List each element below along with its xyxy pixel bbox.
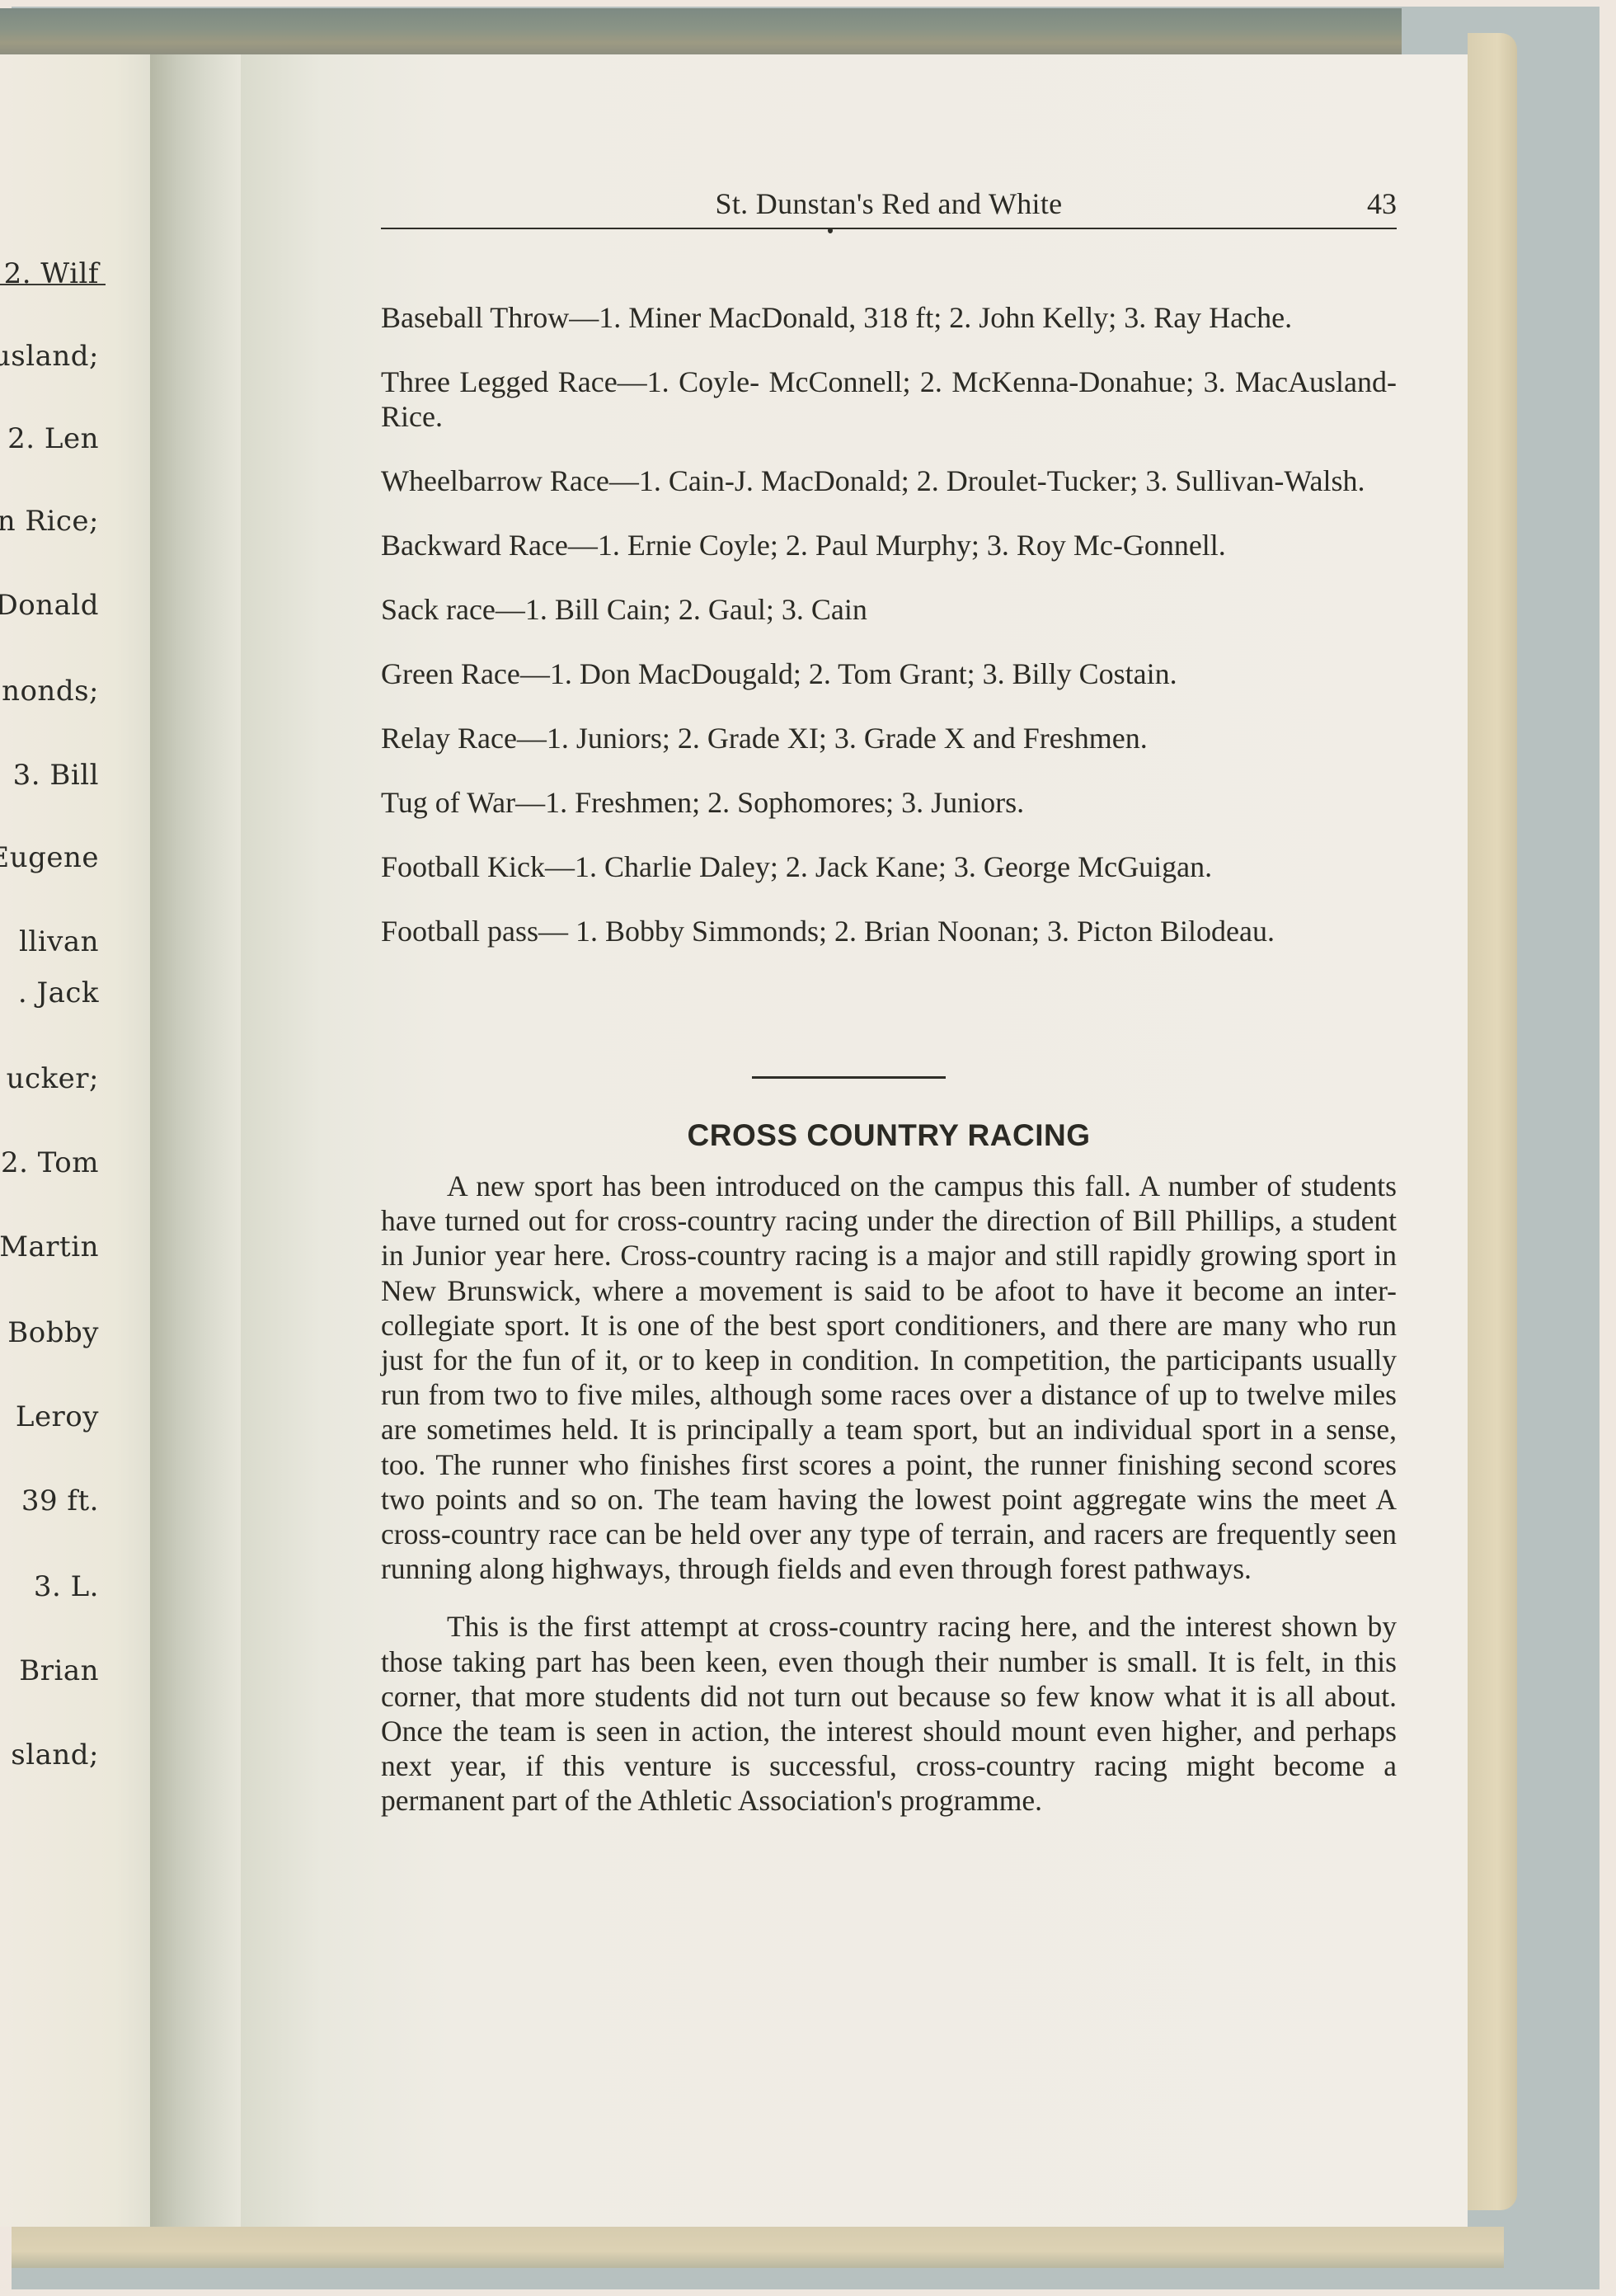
facing-page-fragment: Eugene xyxy=(0,841,99,874)
result-wheelbarrow-race: Wheelbarrow Race—1. Cain-J. MacDonald; 2… xyxy=(381,463,1397,498)
result-tug-of-war: Tug of War—1. Freshmen; 2. Sophomores; 3… xyxy=(381,785,1397,820)
facing-page-fragment: 3. L. xyxy=(34,1570,99,1603)
result-football-pass: Football pass— 1. Bobby Simmonds; 2. Bri… xyxy=(381,914,1397,948)
article-title: CROSS COUNTRY RACING xyxy=(381,1118,1397,1153)
result-sack-race: Sack race—1. Bill Cain; 2. Gaul; 3. Cain xyxy=(381,592,1397,627)
result-baseball-throw: Baseball Throw—1. Miner MacDonald, 318 f… xyxy=(381,300,1397,335)
facing-page-fragment: 3. Bill xyxy=(13,759,99,792)
result-football-kick: Football Kick—1. Charlie Daley; 2. Jack … xyxy=(381,849,1397,884)
article-paragraph-2: This is the first attempt at cross-count… xyxy=(381,1609,1397,1818)
article-body: A new sport has been introduced on the c… xyxy=(381,1169,1397,1842)
facing-page-fragment: Bobby xyxy=(7,1316,99,1349)
running-head: St. Dunstan's Red and White 43 xyxy=(381,186,1397,228)
result-backward-race: Backward Race—1. Ernie Coyle; 2. Paul Mu… xyxy=(381,528,1397,562)
running-head-title: St. Dunstan's Red and White xyxy=(381,186,1397,221)
facing-page-fragment: nonds; xyxy=(2,675,99,708)
book-cover-bottom-edge xyxy=(12,2227,1504,2268)
book-top-edge xyxy=(0,8,1402,54)
facing-page-fragment: n Rice; xyxy=(0,505,99,538)
facing-page-fragment: 2. Len xyxy=(7,422,99,455)
page-43: St. Dunstan's Red and White 43 Baseball … xyxy=(165,54,1468,2227)
facing-page-fragment: . Jack xyxy=(18,976,99,1009)
facing-page-fragment: llivan xyxy=(19,925,99,958)
facing-page-fragment: usland; xyxy=(0,340,99,373)
result-three-legged-race: Three Legged Race—1. Coyle- McConnell; 2… xyxy=(381,365,1397,434)
header-rule xyxy=(381,228,1397,229)
facing-page-fragment: Brian xyxy=(19,1654,99,1687)
book-cover-right-edge xyxy=(1468,33,1517,2210)
facing-page-fragment: Donald xyxy=(0,589,99,622)
section-separator-rule xyxy=(752,1076,946,1079)
page-number: 43 xyxy=(1367,186,1397,221)
facing-page-fragment: Martin xyxy=(0,1230,99,1263)
header-rule-ornament xyxy=(828,228,833,233)
article-paragraph-1: A new sport has been introduced on the c… xyxy=(381,1169,1397,1586)
facing-page-fragment: ucker; xyxy=(7,1062,99,1095)
result-green-race: Green Race—1. Don MacDougald; 2. Tom Gra… xyxy=(381,656,1397,691)
facing-page-fragment: 2. Wilf xyxy=(4,257,99,290)
field-day-results: Baseball Throw—1. Miner MacDonald, 318 f… xyxy=(381,271,1397,967)
facing-page-fragment: 2. Tom xyxy=(1,1146,99,1179)
binding-gutter xyxy=(150,54,241,2227)
result-relay-race: Relay Race—1. Juniors; 2. Grade XI; 3. G… xyxy=(381,721,1397,755)
facing-page-fragment: Leroy xyxy=(16,1400,99,1433)
facing-page-fragment: 39 ft. xyxy=(21,1484,99,1517)
facing-page-fragment: sland; xyxy=(11,1738,99,1771)
facing-page-left: 2. Wilfusland;2. Lenn Rice;Donaldnonds;3… xyxy=(0,54,165,2227)
